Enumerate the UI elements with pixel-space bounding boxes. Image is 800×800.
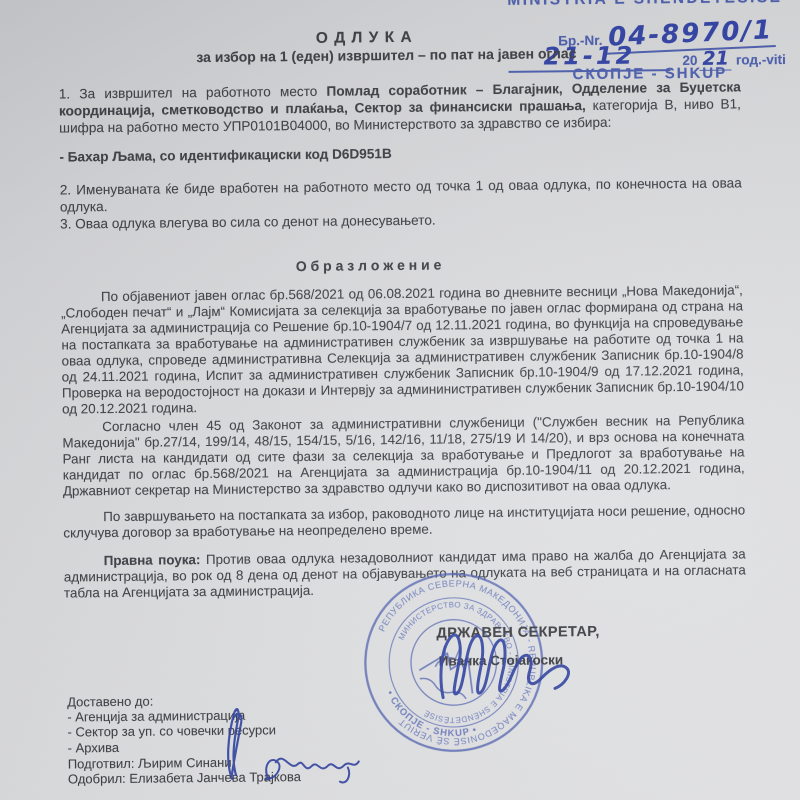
ministry-name-stamp-line: MINISTRIA E SHENDETËSISË [494,0,796,10]
registry-year-suffix: год.-viti [736,52,786,71]
scanned-decision-document: MINISTRIA E SHENDETËSISË Бр.-Nr. 04-8970… [0,0,800,800]
rationale-paragraph-3: По завршувањето на постапката за избор, … [63,502,745,541]
dispositive-point-1-text: 1. За извршител на работното место [59,84,327,102]
prepared-by-signature [207,705,254,783]
rationale-paragraph-2: Согласно член 45 од Законот за администр… [62,412,745,499]
rationale-paragraph-1: По објавениот јавен оглас бр.568/2021 од… [61,282,744,417]
document-content: MINISTRIA E SHENDETËSISË Бр.-Nr. 04-8970… [0,0,800,800]
approved-by-signature [260,747,365,798]
state-secretary-signature [430,618,583,722]
selected-candidate-line: - Бахар Љама, со идентификациски код D6D… [59,145,392,165]
legal-remedy-label: Правна поука: [104,552,201,568]
rationale-heading: О б р а з л о ж е н и е [99,254,639,276]
dispositive-point-1: 1. За извршител на работното место Помла… [59,78,741,136]
